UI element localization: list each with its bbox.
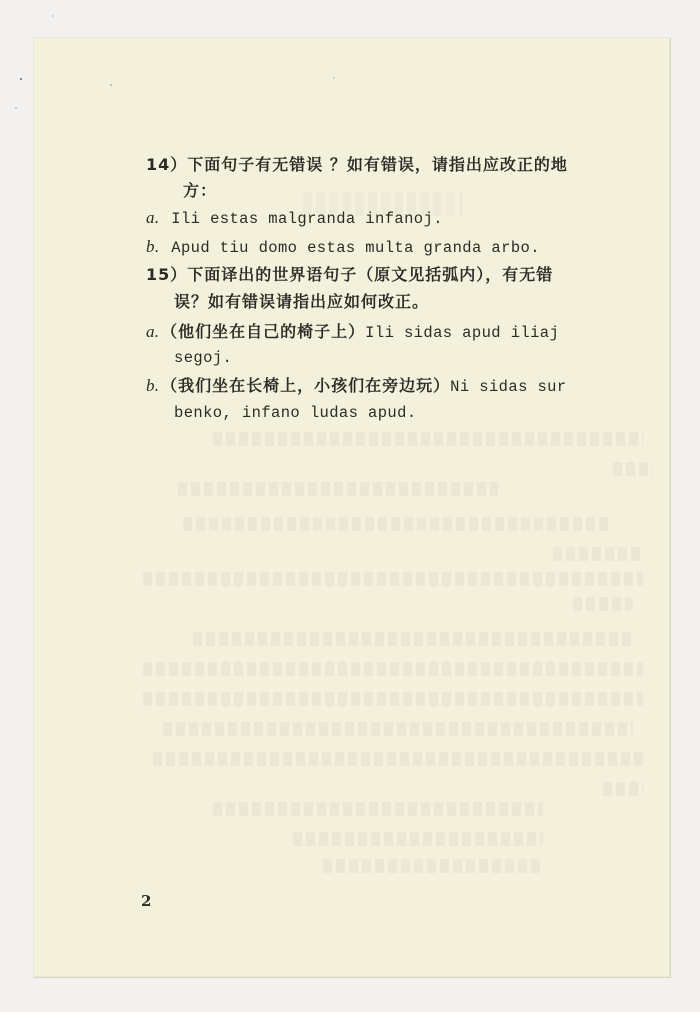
item-marker: a. [146, 208, 160, 227]
item-marker: b. [146, 376, 159, 395]
esperanto-translation: benko, infano ludas apud. [174, 404, 417, 422]
esperanto-translation: segoj. [174, 349, 232, 367]
exercise-15-item-a: a.（他们坐在自己的椅子上）Ili sidas apud iliaj [146, 322, 559, 343]
exercise-number: 15） [146, 265, 187, 284]
exercise-15-question-continued: 误？如有错误请指出应如何改正。 [174, 292, 429, 312]
exercise-14-item-a: a. Ili estas malgranda infanoj. [146, 208, 443, 229]
chinese-original: （他们坐在自己的椅子上） [161, 322, 365, 341]
esperanto-sentence: Apud tiu domo estas multa granda arbo. [171, 239, 540, 257]
exercise-14-item-b: b. Apud tiu domo estas multa granda arbo… [146, 237, 540, 258]
item-marker: a. [146, 322, 159, 341]
exercise-15-item-b: b.（我们坐在长椅上，小孩们在旁边玩）Ni sidas sur [146, 376, 567, 397]
question-text: 下面译出的世界语句子（原文见括弧内），有无错 [187, 265, 553, 284]
exercise-15-item-a-continued: segoj. [174, 348, 232, 368]
exercise-15-question: 15）下面译出的世界语句子（原文见括弧内），有无错 [146, 265, 553, 285]
esperanto-translation: Ili sidas apud iliaj [365, 324, 559, 342]
esperanto-sentence: Ili estas malgranda infanoj. [171, 210, 443, 228]
question-text: 误？如有错误请指出应如何改正。 [174, 292, 429, 311]
item-marker: b. [146, 237, 160, 256]
exercise-15-item-b-continued: benko, infano ludas apud. [174, 403, 417, 423]
question-text: 方： [183, 181, 217, 200]
page-number: 2 [141, 892, 151, 910]
question-text: 下面句子有无错误 ？如有错误，请指出应改正的地 [187, 155, 568, 174]
page-content: 14）下面句子有无错误 ？如有错误，请指出应改正的地 方： a. Ili est… [0, 0, 700, 1012]
chinese-original: （我们坐在长椅上，小孩们在旁边玩） [161, 376, 450, 395]
exercise-14-question-continued: 方： [183, 181, 217, 201]
scanned-page: 14）下面句子有无错误 ？如有错误，请指出应改正的地 方： a. Ili est… [0, 0, 700, 1012]
exercise-number: 14） [146, 155, 187, 174]
exercise-14-question: 14）下面句子有无错误 ？如有错误，请指出应改正的地 [146, 155, 568, 175]
esperanto-translation: Ni sidas sur [450, 378, 566, 396]
